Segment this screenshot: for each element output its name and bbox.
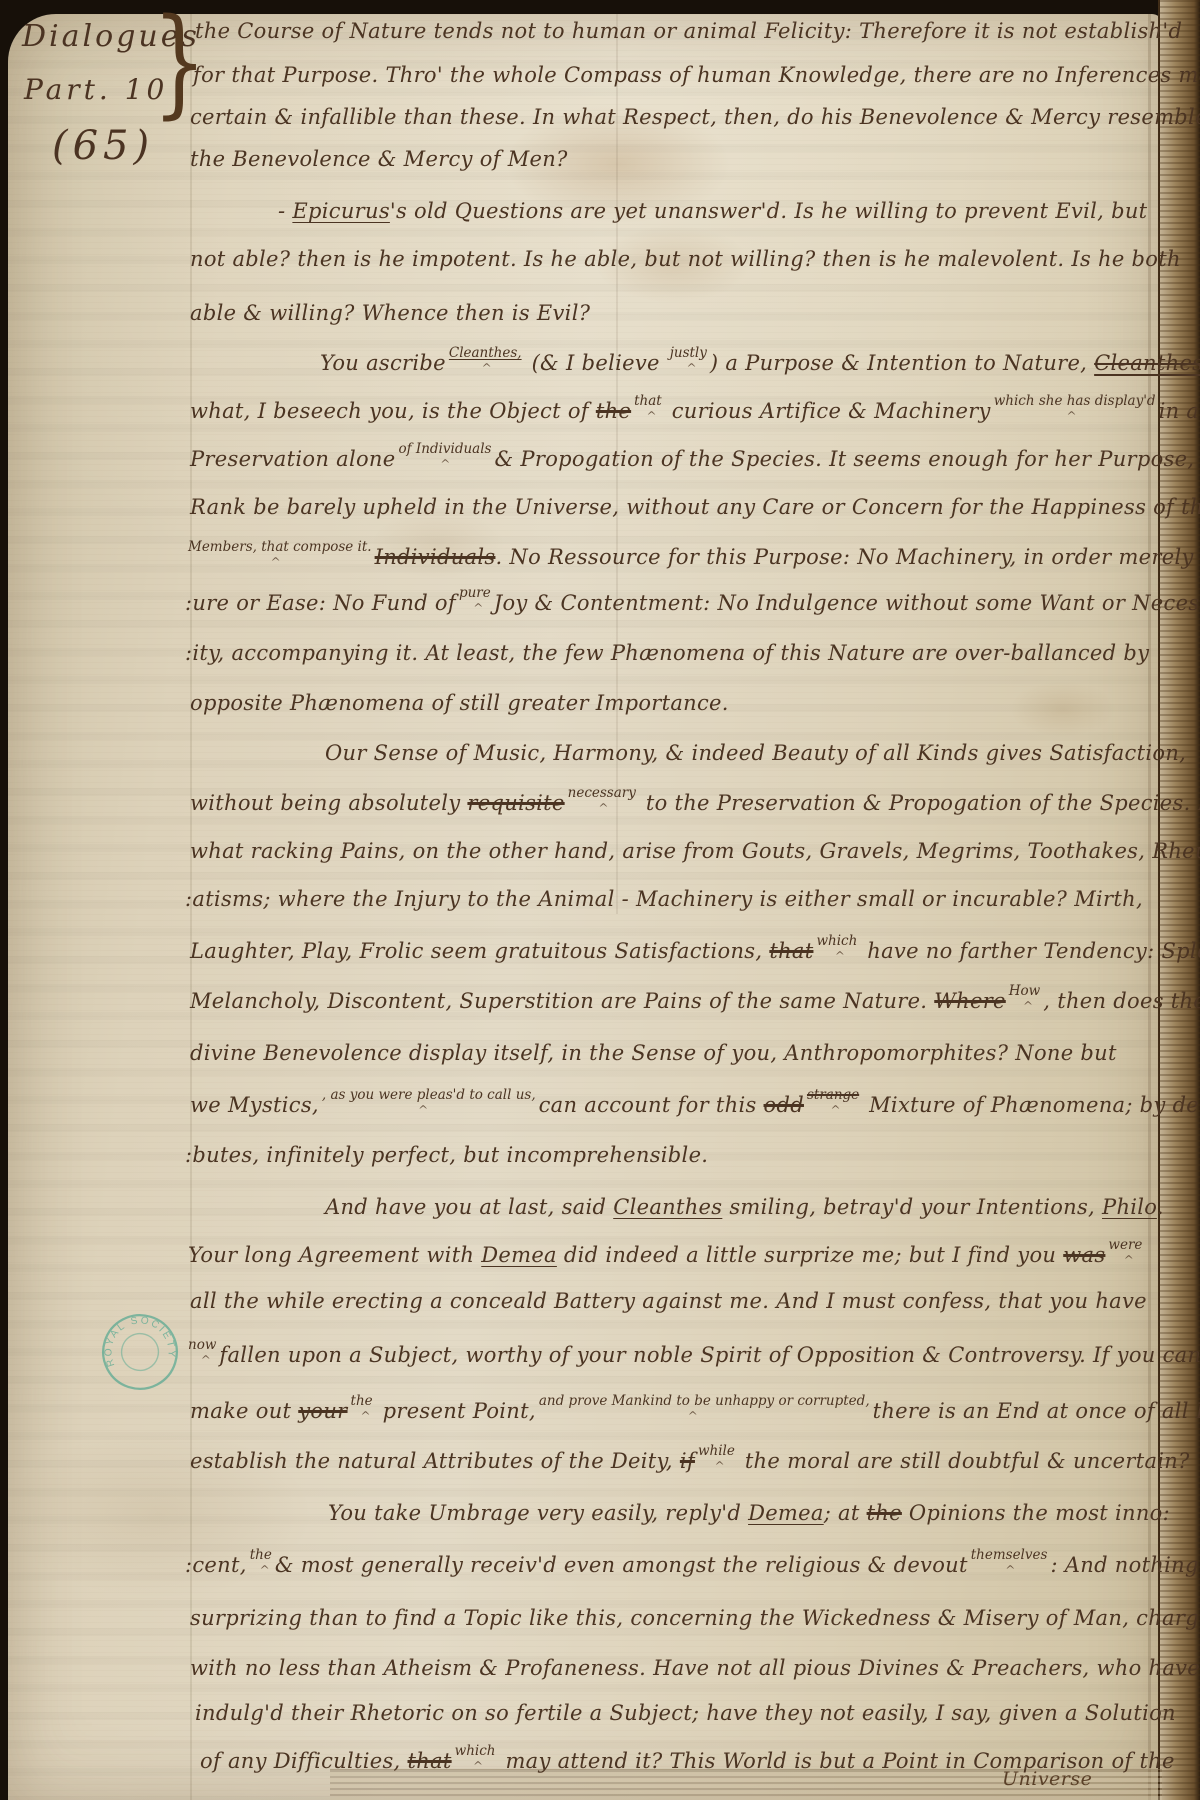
handwritten-text: :ure or Ease: No Fund of <box>185 591 456 615</box>
manuscript-line: opposite Phænomena of still greater Impo… <box>190 690 729 716</box>
handwritten-text: what, I beseech you, is the Object of <box>190 399 596 423</box>
inserted-text: the <box>351 1395 373 1408</box>
struck-text: that <box>408 1749 452 1773</box>
handwritten-text: all the while erecting a conceald Batter… <box>190 1289 1147 1313</box>
struck-text: was <box>1063 1243 1105 1267</box>
underlined-text: Demea <box>481 1243 557 1267</box>
handwritten-text: Preservation alone <box>190 447 395 471</box>
handwritten-text: for that Purpose. Thro' the whole Compas… <box>193 63 1200 87</box>
handwritten-text: indulg'd their Rhetoric on so fertile a … <box>195 1701 1176 1725</box>
inserted-text: which she has display'd <box>994 395 1156 408</box>
inserted-text: that <box>634 395 662 408</box>
manuscript-line: we Mystics,, as you were pleas'd to call… <box>190 1092 1200 1118</box>
manuscript-line: You take Umbrage very easily, reply'd De… <box>328 1500 1170 1526</box>
handwritten-text: opposite Phænomena of still greater Impo… <box>190 691 729 715</box>
manuscript-line: nowfallen upon a Subject, worthy of your… <box>185 1342 1200 1368</box>
underlined-text: Philo <box>1102 1195 1157 1219</box>
manuscript-line: the Course of Nature tends not to human … <box>195 18 1182 44</box>
inserted-text: pure <box>459 587 491 600</box>
manuscript-line: the Benevolence & Mercy of Men? <box>190 146 568 172</box>
handwritten-text: curious Artifice & Machinery <box>665 399 991 423</box>
handwritten-text: without being absolutely <box>190 791 467 815</box>
inserted-text: which <box>816 935 857 948</box>
inserted-text: themselves <box>971 1549 1048 1562</box>
handwritten-text: Opinions the most inno: <box>902 1501 1170 1525</box>
manuscript-line: establish the natural Attributes of the … <box>190 1448 1190 1474</box>
inserted-text: which <box>455 1745 496 1758</box>
inserted-text: Cleanthes, <box>449 347 522 360</box>
handwritten-text: And have you at last, said <box>325 1195 613 1219</box>
inserted-text: strange <box>807 1089 859 1102</box>
manuscript-line: divine Benevolence display itself, in th… <box>190 1040 1117 1066</box>
manuscript-line: not able? then is he impotent. Is he abl… <box>190 246 1181 272</box>
manuscript-line: Laughter, Play, Frolic seem gratuitous S… <box>190 938 1200 964</box>
manuscript-line: :ity, accompanying it. At least, the few… <box>185 640 1149 666</box>
manuscript-line: Our Sense of Music, Harmony, & indeed Be… <box>325 740 1186 766</box>
struck-text: the <box>867 1501 902 1525</box>
handwritten-text: what racking Pains, on the other hand, a… <box>190 839 1200 863</box>
inserted-text: while <box>698 1445 735 1458</box>
inserted-text: Members, that compose it. <box>188 541 372 554</box>
manuscript-line: Members, that compose it.Individuals. No… <box>185 544 1200 570</box>
handwritten-text: can account for this <box>539 1093 764 1117</box>
gutter-crease <box>1148 14 1151 1800</box>
handwritten-text: - <box>278 199 292 223</box>
manuscript-line: Rank be barely upheld in the Universe, w… <box>190 494 1200 520</box>
handwritten-text: we Mystics, <box>190 1093 319 1117</box>
handwritten-text: Melancholy, Discontent, Superstition are… <box>190 989 934 1013</box>
struck-text: Cleanthes <box>1094 351 1200 375</box>
struck-text: Where <box>934 989 1006 1013</box>
manuscript-line: certain & infallible than these. In what… <box>190 104 1200 130</box>
heading-part: Part. 10 <box>24 76 168 104</box>
page-number: (65) <box>52 126 154 166</box>
underlined-text: Epicurus <box>292 199 390 223</box>
handwritten-text: Your long Agreement with <box>188 1243 481 1267</box>
struck-text: odd <box>764 1093 804 1117</box>
underlined-text: Cleanthes <box>613 1195 722 1219</box>
handwritten-text: the Benevolence & Mercy of Men? <box>190 147 568 171</box>
manuscript-line: :ure or Ease: No Fund ofpureJoy & Conten… <box>185 590 1200 616</box>
inserted-text: and prove Mankind to be unhappy or corru… <box>539 1395 870 1408</box>
manuscript-line: :butes, infinitely perfect, but incompre… <box>185 1142 708 1168</box>
handwritten-text: in all Animals? The <box>1159 399 1200 423</box>
handwritten-text: . <box>1157 1195 1164 1219</box>
manuscript-line: surprizing than to find a Topic like thi… <box>190 1605 1200 1631</box>
handwritten-text: did indeed a little surprize me; but I f… <box>557 1243 1063 1267</box>
handwritten-text: of any Difficulties, <box>200 1749 408 1773</box>
handwritten-text: certain & infallible than these. In what… <box>190 105 1200 129</box>
handwritten-text: establish the natural Attributes of the … <box>190 1449 680 1473</box>
handwritten-text: . No Ressource for this Purpose: No Mach… <box>495 545 1200 569</box>
handwritten-text: smiling, betray'd your Intentions, <box>722 1195 1102 1219</box>
handwritten-text: divine Benevolence display itself, in th… <box>190 1041 1117 1065</box>
handwritten-text: the Course of Nature tends not to human … <box>195 19 1182 43</box>
manuscript-line: all the while erecting a conceald Batter… <box>190 1288 1147 1314</box>
struck-text: requisite <box>467 791 564 815</box>
handwritten-text: there is an End at once of all Religion.… <box>873 1399 1200 1423</box>
handwritten-text: make out <box>190 1399 298 1423</box>
manuscript-line: for that Purpose. Thro' the whole Compas… <box>193 62 1200 88</box>
handwritten-text: :atisms; where the Injury to the Animal … <box>185 887 1143 911</box>
handwritten-text: fallen upon a Subject, worthy of your no… <box>219 1343 1200 1367</box>
inserted-text: , as you were pleas'd to call us, <box>322 1089 536 1102</box>
handwritten-text: the moral are still doubtful & uncertain… <box>738 1449 1190 1473</box>
struck-text: that <box>769 939 813 963</box>
struck-text: if <box>680 1449 695 1473</box>
struck-text: your <box>298 1399 347 1423</box>
inserted-text: were <box>1108 1239 1142 1252</box>
handwritten-text: with no less than Atheism & Profaneness.… <box>190 1656 1200 1680</box>
inserted-text: justly <box>670 347 707 360</box>
handwritten-text: present Point, <box>376 1399 536 1423</box>
inserted-text: How <box>1009 985 1040 998</box>
inserted-text: now <box>188 1339 216 1352</box>
catchword: Universe <box>1002 1770 1092 1789</box>
handwritten-text: ) a Purpose & Intention to Nature, <box>710 351 1094 375</box>
handwritten-text: Our Sense of Music, Harmony, & indeed Be… <box>325 741 1186 765</box>
manuscript-line: what, I beseech you, is the Object of th… <box>190 398 1200 424</box>
manuscript-line: :cent,the& most generally receiv'd even … <box>185 1552 1200 1578</box>
handwritten-text: You ascribe <box>320 351 446 375</box>
handwritten-text: :butes, infinitely perfect, but incompre… <box>185 1143 708 1167</box>
manuscript-line: :atisms; where the Injury to the Animal … <box>185 886 1143 912</box>
manuscript-line: You ascribeCleanthes, (& I believe justl… <box>320 350 1200 376</box>
manuscript-line: what racking Pains, on the other hand, a… <box>190 838 1200 864</box>
inserted-text: necessary <box>568 787 636 800</box>
underlined-text: Demea <box>748 1501 824 1525</box>
handwritten-text: & Propogation of the Species. It seems e… <box>494 447 1200 471</box>
manuscript-line: Preservation aloneof Individuals& Propog… <box>190 446 1200 472</box>
inserted-text: of Individuals <box>398 443 491 456</box>
handwritten-text: not able? then is he impotent. Is he abl… <box>190 247 1181 271</box>
handwritten-text: & most generally receiv'd even amongst t… <box>275 1553 968 1577</box>
photograph-of-manuscript: { "document": { "heading": { "line1": "D… <box>0 0 1200 1800</box>
handwritten-text: have no farther Tendency: Spleen, <box>860 939 1200 963</box>
handwritten-text: :cent, <box>185 1553 247 1577</box>
handwritten-text: (& I believe <box>525 351 667 375</box>
handwritten-text: able & willing? Whence then is Evil? <box>190 301 590 325</box>
handwritten-text: Laughter, Play, Frolic seem gratuitous S… <box>190 939 769 963</box>
struck-text: Individuals <box>375 545 496 569</box>
handwritten-text: : And nothing can be more <box>1050 1553 1200 1577</box>
manuscript-line: able & willing? Whence then is Evil? <box>190 300 590 326</box>
handwritten-text: Mixture of Phænomena; by deriving it fro… <box>862 1093 1200 1117</box>
handwritten-text: , then does the <box>1043 989 1200 1013</box>
manuscript-line: And have you at last, said Cleanthes smi… <box>325 1194 1164 1220</box>
manuscript-line: without being absolutely requisitenecess… <box>190 790 1200 816</box>
handwritten-text: You take Umbrage very easily, reply'd <box>328 1501 748 1525</box>
manuscript-line: Your long Agreement with Demea did indee… <box>188 1242 1145 1268</box>
struck-text: the <box>596 399 631 423</box>
manuscript-line: make out yourthe present Point,and prove… <box>190 1398 1200 1424</box>
handwritten-text: ; at <box>824 1501 867 1525</box>
handwritten-text: to the Preservation & Propogation of the… <box>639 791 1200 815</box>
handwritten-text: Rank be barely upheld in the Universe, w… <box>190 495 1200 519</box>
stamp-inner-ring <box>115 1327 165 1377</box>
handwritten-text: :ity, accompanying it. At least, the few… <box>185 641 1149 665</box>
handwritten-text: 's old Questions are yet unanswer'd. Is … <box>390 199 1148 223</box>
handwritten-text: Joy & Contentment: No Indulgence without… <box>494 591 1200 615</box>
manuscript-line: with no less than Atheism & Profaneness.… <box>190 1655 1200 1681</box>
manuscript-line: - Epicurus's old Questions are yet unans… <box>278 198 1147 224</box>
manuscript-line: Melancholy, Discontent, Superstition are… <box>190 988 1200 1014</box>
manuscript-line: indulg'd their Rhetoric on so fertile a … <box>195 1700 1176 1726</box>
inserted-text: the <box>250 1549 272 1562</box>
handwritten-text: surprizing than to find a Topic like thi… <box>190 1606 1200 1630</box>
